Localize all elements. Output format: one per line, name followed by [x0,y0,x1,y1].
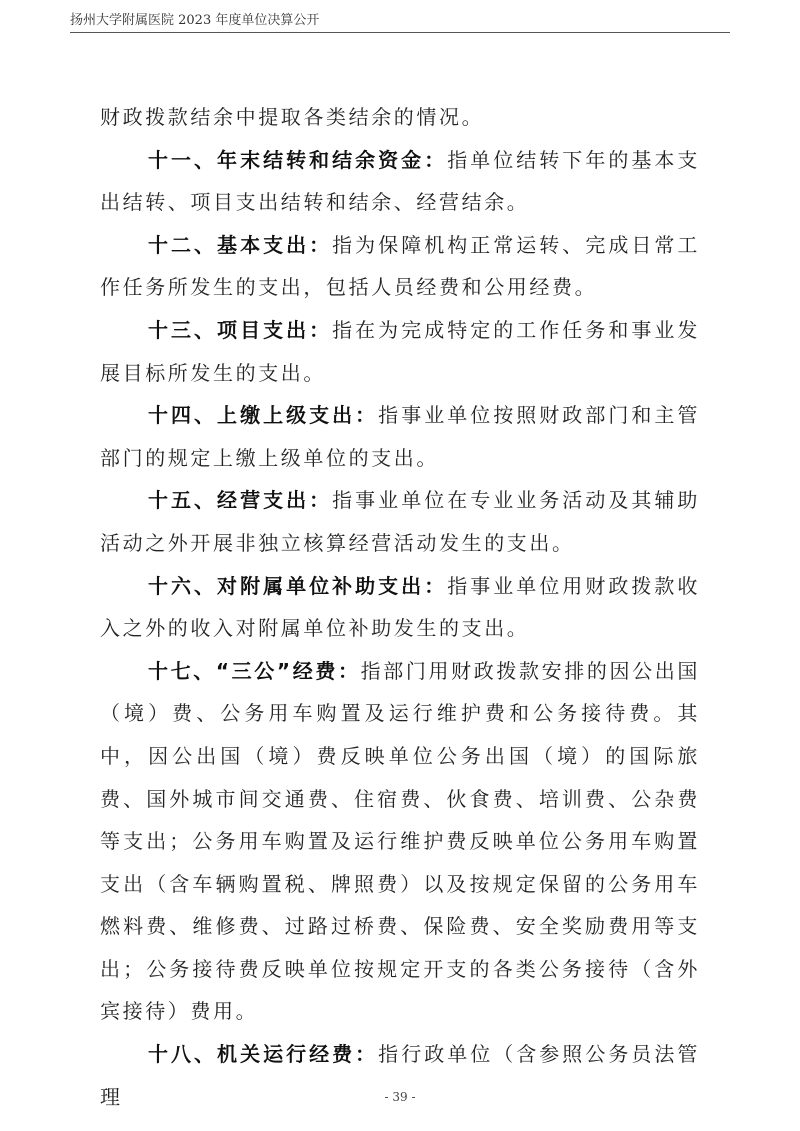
paragraph-definition-15: 十五、经营支出：指事业单位在专业业务活动及其辅助活动之外开展非独立核算经营活动发… [100,479,700,564]
paragraph-definition-17: 十七、“三公”经费：指部门用财政拨款安排的因公出国（境）费、公务用车购置及运行维… [100,650,700,1033]
paragraph-definition-16: 十六、对附属单位补助支出：指事业单位用财政拨款收入之外的收入对附属单位补助发生的… [100,565,700,650]
definition-term: 十一、年末结转和结余资金： [148,148,447,172]
definition-term: 十四、上缴上级支出： [148,403,378,427]
definition-term: 十八、机关运行经费： [148,1042,378,1066]
page-footer: - 39 - [0,1090,800,1104]
paragraph-definition-13: 十三、项目支出：指在为完成特定的工作任务和事业发展目标所发生的支出。 [100,309,700,394]
definition-term: 十五、经营支出： [148,488,332,512]
document-header: 扬州大学附属医院 2023 年度单位决算公开 [70,9,730,33]
definition-term: 十二、基本支出： [148,233,332,257]
definition-term: 十三、项目支出： [148,318,332,342]
paragraph-text: 财政拨款结余中提取各类结余的情况。 [100,105,484,129]
paragraph-continuation: 财政拨款结余中提取各类结余的情况。 [100,96,700,139]
paragraph-definition-11: 十一、年末结转和结余资金：指单位结转下年的基本支出结转、项目支出结转和结余、经营… [100,139,700,224]
definition-term: 十七、“三公”经费： [148,659,361,683]
header-title: 扬州大学附属医院 2023 年度单位决算公开 [70,13,319,28]
document-body: 财政拨款结余中提取各类结余的情况。 十一、年末结转和结余资金：指单位结转下年的基… [100,96,700,1118]
paragraph-definition-18: 十八、机关运行经费：指行政单位（含参照公务员法管理 [100,1033,700,1118]
definition-term: 十六、对附属单位补助支出： [148,574,447,598]
definition-text: 指部门用财政拨款安排的因公出国（境）费、公务用车购置及运行维护费和公务接待费。其… [100,659,700,1024]
paragraph-definition-14: 十四、上缴上级支出：指事业单位按照财政部门和主管部门的规定上缴上级单位的支出。 [100,394,700,479]
page-number: - 39 - [384,1090,415,1104]
paragraph-definition-12: 十二、基本支出：指为保障机构正常运转、完成日常工作任务所发生的支出，包括人员经费… [100,224,700,309]
